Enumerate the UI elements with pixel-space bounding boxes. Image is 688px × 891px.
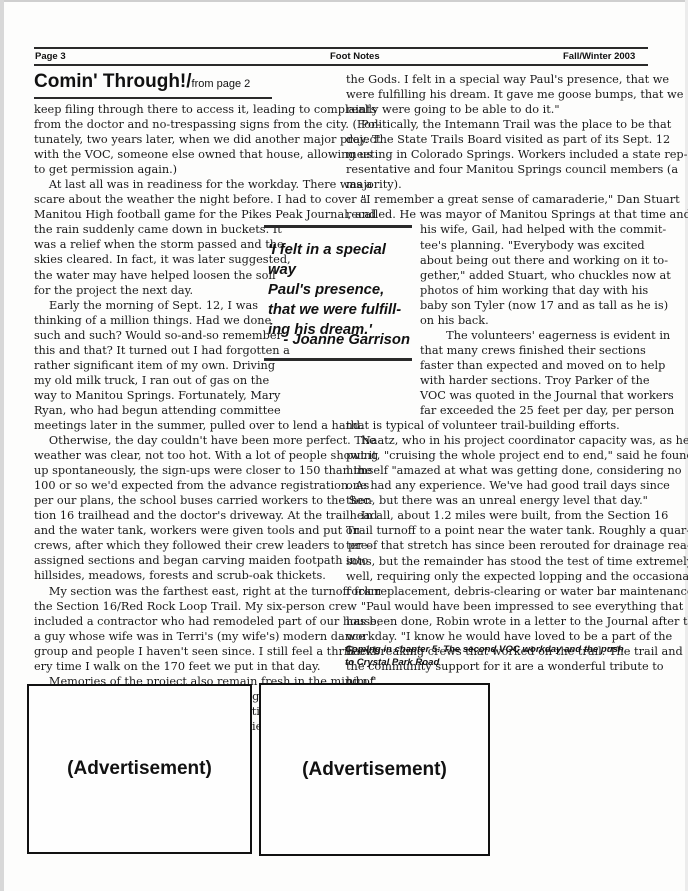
text-line: skies cleared. In fact, it was later sug… [34, 252, 258, 267]
text-line: meetings later in the summer, pulled ove… [34, 418, 327, 433]
issue-date: Fall/Winter 2003 [563, 51, 635, 62]
advertisement-box-right[interactable]: (Advertisement) [259, 683, 490, 856]
header-top-rule [34, 47, 648, 49]
text-line: this and that? It turned out I had forgo… [34, 343, 258, 358]
text-line: about being out there and working on it … [420, 253, 642, 268]
text-line: Manitou High football game for the Pikes… [34, 207, 327, 222]
article-title-text: Comin' Through!/ [34, 71, 192, 92]
text-line: for the project the next day. [34, 283, 258, 298]
text-line: Ryan, who had begun attending committee [34, 403, 258, 418]
text-line: In all, about 1.2 miles were built, from… [346, 508, 642, 523]
text-line: gether," added Stuart, who chuckles now … [420, 268, 642, 283]
article-right-column: the Gods. I felt in a special way Paul's… [346, 72, 642, 689]
page-top-edge [0, 0, 688, 2]
pullquote-top-rule [264, 225, 412, 228]
text-line: really were going to be able to do it." [346, 102, 642, 117]
text-line: Politically, the Intemann Trail was the … [346, 117, 642, 132]
pullquote-bottom-rule [264, 358, 412, 361]
title-underline [34, 97, 272, 99]
pullquote-line: that we were fulfill- [268, 300, 410, 320]
text-line: the Section 16/Red Rock Loop Trail. My s… [34, 599, 327, 614]
text-line: from the doctor and no-trespassing signs… [34, 117, 327, 132]
pullquote-attribution: - Joanne Garrison [268, 332, 410, 348]
advertisement-box-left[interactable]: (Advertisement) [27, 684, 252, 854]
text-line: way to Manitou Springs. Fortunately, Mar… [34, 388, 258, 403]
text-line: the rain suddenly came down in buckets. … [34, 222, 258, 237]
text-line: workday. "I know he would have loved to … [346, 629, 642, 644]
advertisement-label: (Advertisement) [302, 759, 447, 781]
text-line: sons, but the remainder has stood the te… [346, 554, 642, 569]
text-line: tunately, two years later, when we did a… [34, 132, 327, 147]
text-line: group and people I haven't seen since. I… [34, 644, 327, 659]
advertisement-label: (Advertisement) [67, 758, 212, 780]
text-line: ery time I walk on the 170 feet we put i… [34, 659, 327, 674]
text-line: per our plans, the school buses carried … [34, 493, 327, 508]
text-line: day. The State Trails Board visited as p… [346, 132, 642, 147]
text-line: VOC was quoted in the Journal that worke… [420, 388, 642, 403]
text-line: tion 16 trailhead and the doctor's drive… [34, 508, 327, 523]
text-line: that many crews finished their sections [420, 343, 642, 358]
text-line: majority). [346, 177, 642, 192]
text-line: himself "amazed at what was getting done… [346, 463, 642, 478]
text-line: Early the morning of Sept. 12, I was [34, 298, 258, 313]
text-line: "I remember a great sense of camaraderie… [346, 192, 642, 207]
text-line: resentative and four Manitou Springs cou… [346, 162, 642, 177]
page-left-edge [0, 0, 4, 891]
text-line: meeting in Colorado Springs. Workers inc… [346, 147, 642, 162]
coming-next-line: Coming in chapter 5: The second VOC work… [345, 643, 665, 656]
header-bottom-rule [34, 64, 648, 66]
text-line: that is typical of volunteer trail-build… [346, 418, 642, 433]
text-line: keep filing through there to access it, … [34, 102, 327, 117]
text-line: were fulfilling his dream. It gave me go… [346, 87, 642, 102]
text-line: ter of that stretch has since been rerou… [346, 538, 642, 553]
text-line: tee's planning. "Everybody was excited [420, 238, 642, 253]
pullquote-line: 'I felt in a special way [268, 240, 410, 280]
text-line: At last all was in readiness for the wor… [34, 177, 327, 192]
text-line: the Gods. I felt in a special way Paul's… [346, 72, 642, 87]
text-line: put it, "cruising the whole project end … [346, 448, 642, 463]
continued-from-link[interactable]: from page 2 [192, 78, 251, 90]
text-line: faster than expected and moved on to hel… [420, 358, 642, 373]
text-line: photos of him working that day with his [420, 283, 642, 298]
text-line: My section was the farthest east, right … [34, 584, 327, 599]
text-line: weather was clear, not too hot. With a l… [34, 448, 327, 463]
text-line: "Paul would have been impressed to see e… [346, 599, 642, 614]
text-line: to get permission again.) [34, 162, 327, 177]
text-line: up spontaneously, the sign-ups were clos… [34, 463, 327, 478]
text-line: crews, after which they followed their c… [34, 538, 327, 553]
text-line: one had any experience. We've had good t… [346, 478, 642, 493]
text-line: such and such? Would so-and-so remember [34, 328, 258, 343]
text-line: then, but there was an unreal energy lev… [346, 493, 642, 508]
pullquote: 'I felt in a special way Paul's presence… [268, 240, 410, 340]
text-line: thinking of a million things. Had we don… [34, 313, 258, 328]
text-line: far exceeded the 25 feet per day, per pe… [420, 403, 642, 418]
text-line: his wife, Gail, had helped with the comm… [420, 222, 642, 237]
pullquote-line: Paul's presence, [268, 280, 410, 300]
text-line: has been done, Robin wrote in a letter t… [346, 614, 642, 629]
coming-next-teaser: Coming in chapter 5: The second VOC work… [345, 643, 665, 669]
text-line: recalled. He was mayor of Manitou Spring… [346, 207, 642, 222]
text-line: Otherwise, the day couldn't have been mo… [34, 433, 327, 448]
text-line: baby son Tyler (now 17 and as tall as he… [420, 298, 642, 313]
text-line: rather significant item of my own. Drivi… [34, 358, 258, 373]
publication-name: Foot Notes [330, 51, 380, 62]
text-line: a guy whose wife was in Terri's (my wife… [34, 629, 327, 644]
text-line: with harder sections. Troy Parker of the [420, 373, 642, 388]
text-line: assigned sections and began carving maid… [34, 553, 327, 568]
text-line: was a relief when the storm passed and t… [34, 237, 258, 252]
text-line: the water may have helped loosen the soi… [34, 268, 258, 283]
text-line: on his back. [420, 313, 642, 328]
text-line: scare about the weather the night before… [34, 192, 327, 207]
text-line: with the VOC, someone else owned that ho… [34, 147, 327, 162]
text-line: hillsides, meadows, forests and scrub-oa… [34, 568, 327, 583]
text-line: and the water tank, workers were given t… [34, 523, 327, 538]
text-line: The volunteers' eagerness is evident in [420, 328, 642, 343]
text-line: Naatz, who in his project coordinator ca… [346, 433, 642, 448]
text-line: included a contractor who had remodeled … [34, 614, 327, 629]
article-left-column: keep filing through there to access it, … [34, 102, 327, 734]
text-line: Trail turnoff to a point near the water … [346, 523, 642, 538]
page-number: Page 3 [35, 51, 66, 62]
text-line: my old milk truck, I ran out of gas on t… [34, 373, 258, 388]
text-line: rock replacement, debris-clearing or wat… [346, 584, 642, 599]
coming-next-line: to Crystal Park Road [345, 656, 665, 669]
text-line: well, requiring only the expected loppin… [346, 569, 642, 584]
text-line: 100 or so we'd expected from the advance… [34, 478, 327, 493]
article-title: Comin' Through!/from page 2 [34, 71, 250, 93]
